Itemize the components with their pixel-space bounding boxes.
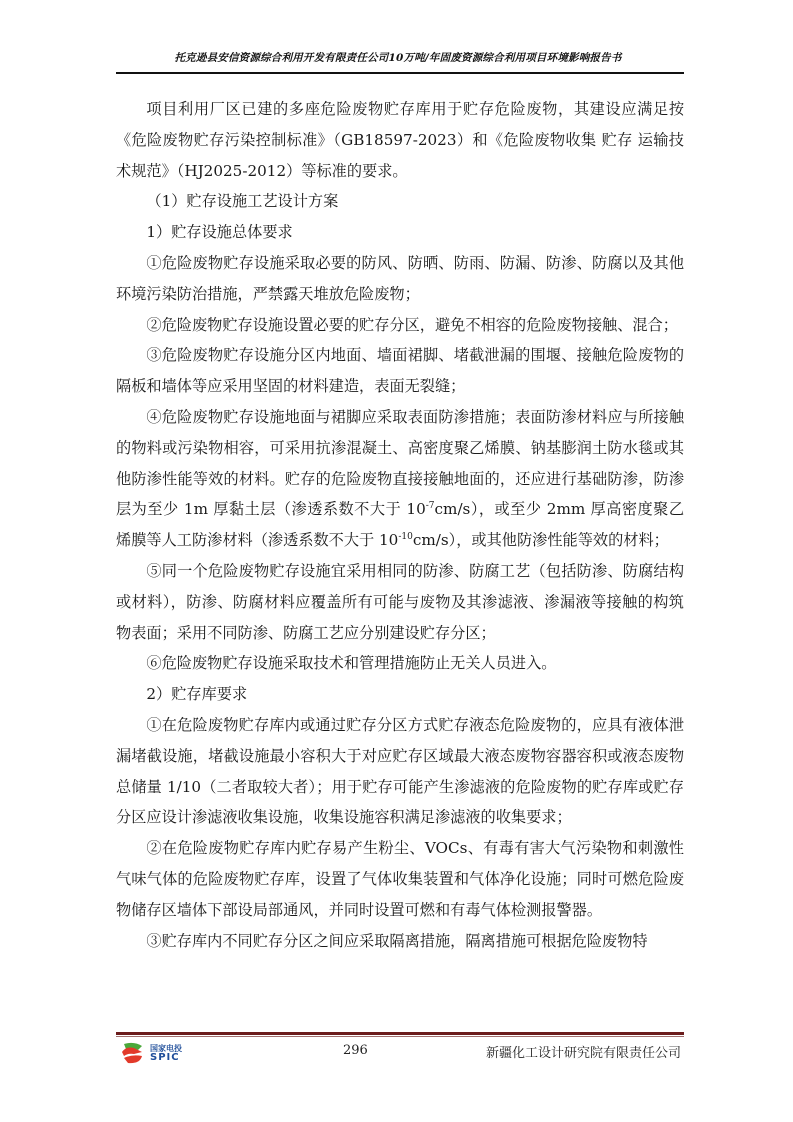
text: cm/s），或其他防渗性能等效的材料； — [413, 531, 669, 549]
footer-rule — [116, 1032, 684, 1035]
list-item: ①在危险废物贮存库内或通过贮存分区方式贮存液态危险废物的，应具有液体泄漏堵截设施… — [116, 710, 684, 833]
subsection-heading-2: 2）贮存库要求 — [116, 679, 684, 710]
header-rule — [116, 72, 684, 74]
list-item: ⑤同一个危险废物贮存设施宜采用相同的防渗、防腐工艺（包括防渗、防腐结构或材料），… — [116, 556, 684, 648]
list-item: ③贮存库内不同贮存分区之间应采取隔离措施，隔离措施可根据危险废物特 — [116, 926, 684, 957]
list-item: ②危险废物贮存设施设置必要的贮存分区，避免不相容的危险废物接触、混合； — [116, 310, 684, 341]
footer-company: 新疆化工设计研究院有限责任公司 — [486, 1042, 681, 1061]
subsection-heading-1: 1）贮存设施总体要求 — [116, 217, 684, 248]
document-body: 项目利用厂区已建的多座危险废物贮存库用于贮存危险废物，其建设应满足按《危险废物贮… — [116, 94, 684, 956]
spic-logo-icon — [120, 1042, 146, 1064]
list-item: ①危险废物贮存设施采取必要的防风、防晒、防雨、防漏、防渗、防腐以及其他环境污染防… — [116, 248, 684, 310]
logo-text-en: SPIC — [150, 1052, 180, 1063]
exponent: -7 — [426, 501, 435, 511]
list-item: ②在危险废物贮存库内贮存易产生粉尘、VOCs、有毒有害大气污染物和刺激性气味气体… — [116, 833, 684, 925]
exponent: -10 — [398, 532, 413, 542]
spic-logo: 国家电投 SPIC — [120, 1042, 200, 1064]
list-item-4: ④危险废物贮存设施地面与裙脚应采取表面防渗措施；表面防渗材料应与所接触的物料或污… — [116, 402, 684, 556]
list-item: ③危险废物贮存设施分区内地面、墙面裙脚、堵截泄漏的围堰、接触危险废物的隔板和墙体… — [116, 340, 684, 402]
header-title: 托克逊县安信资源综合利用开发有限责任公司10万吨/年固废资源综合利用项目环境影响… — [116, 50, 680, 65]
list-item: ⑥危险废物贮存设施采取技术和管理措施防止无关人员进入。 — [116, 648, 684, 679]
page-number: 296 — [343, 1043, 368, 1058]
intro-paragraph: 项目利用厂区已建的多座危险废物贮存库用于贮存危险废物，其建设应满足按《危险废物贮… — [116, 94, 684, 186]
footer-rule-thin — [116, 1036, 684, 1037]
section-heading-1: （1）贮存设施工艺设计方案 — [116, 186, 684, 217]
